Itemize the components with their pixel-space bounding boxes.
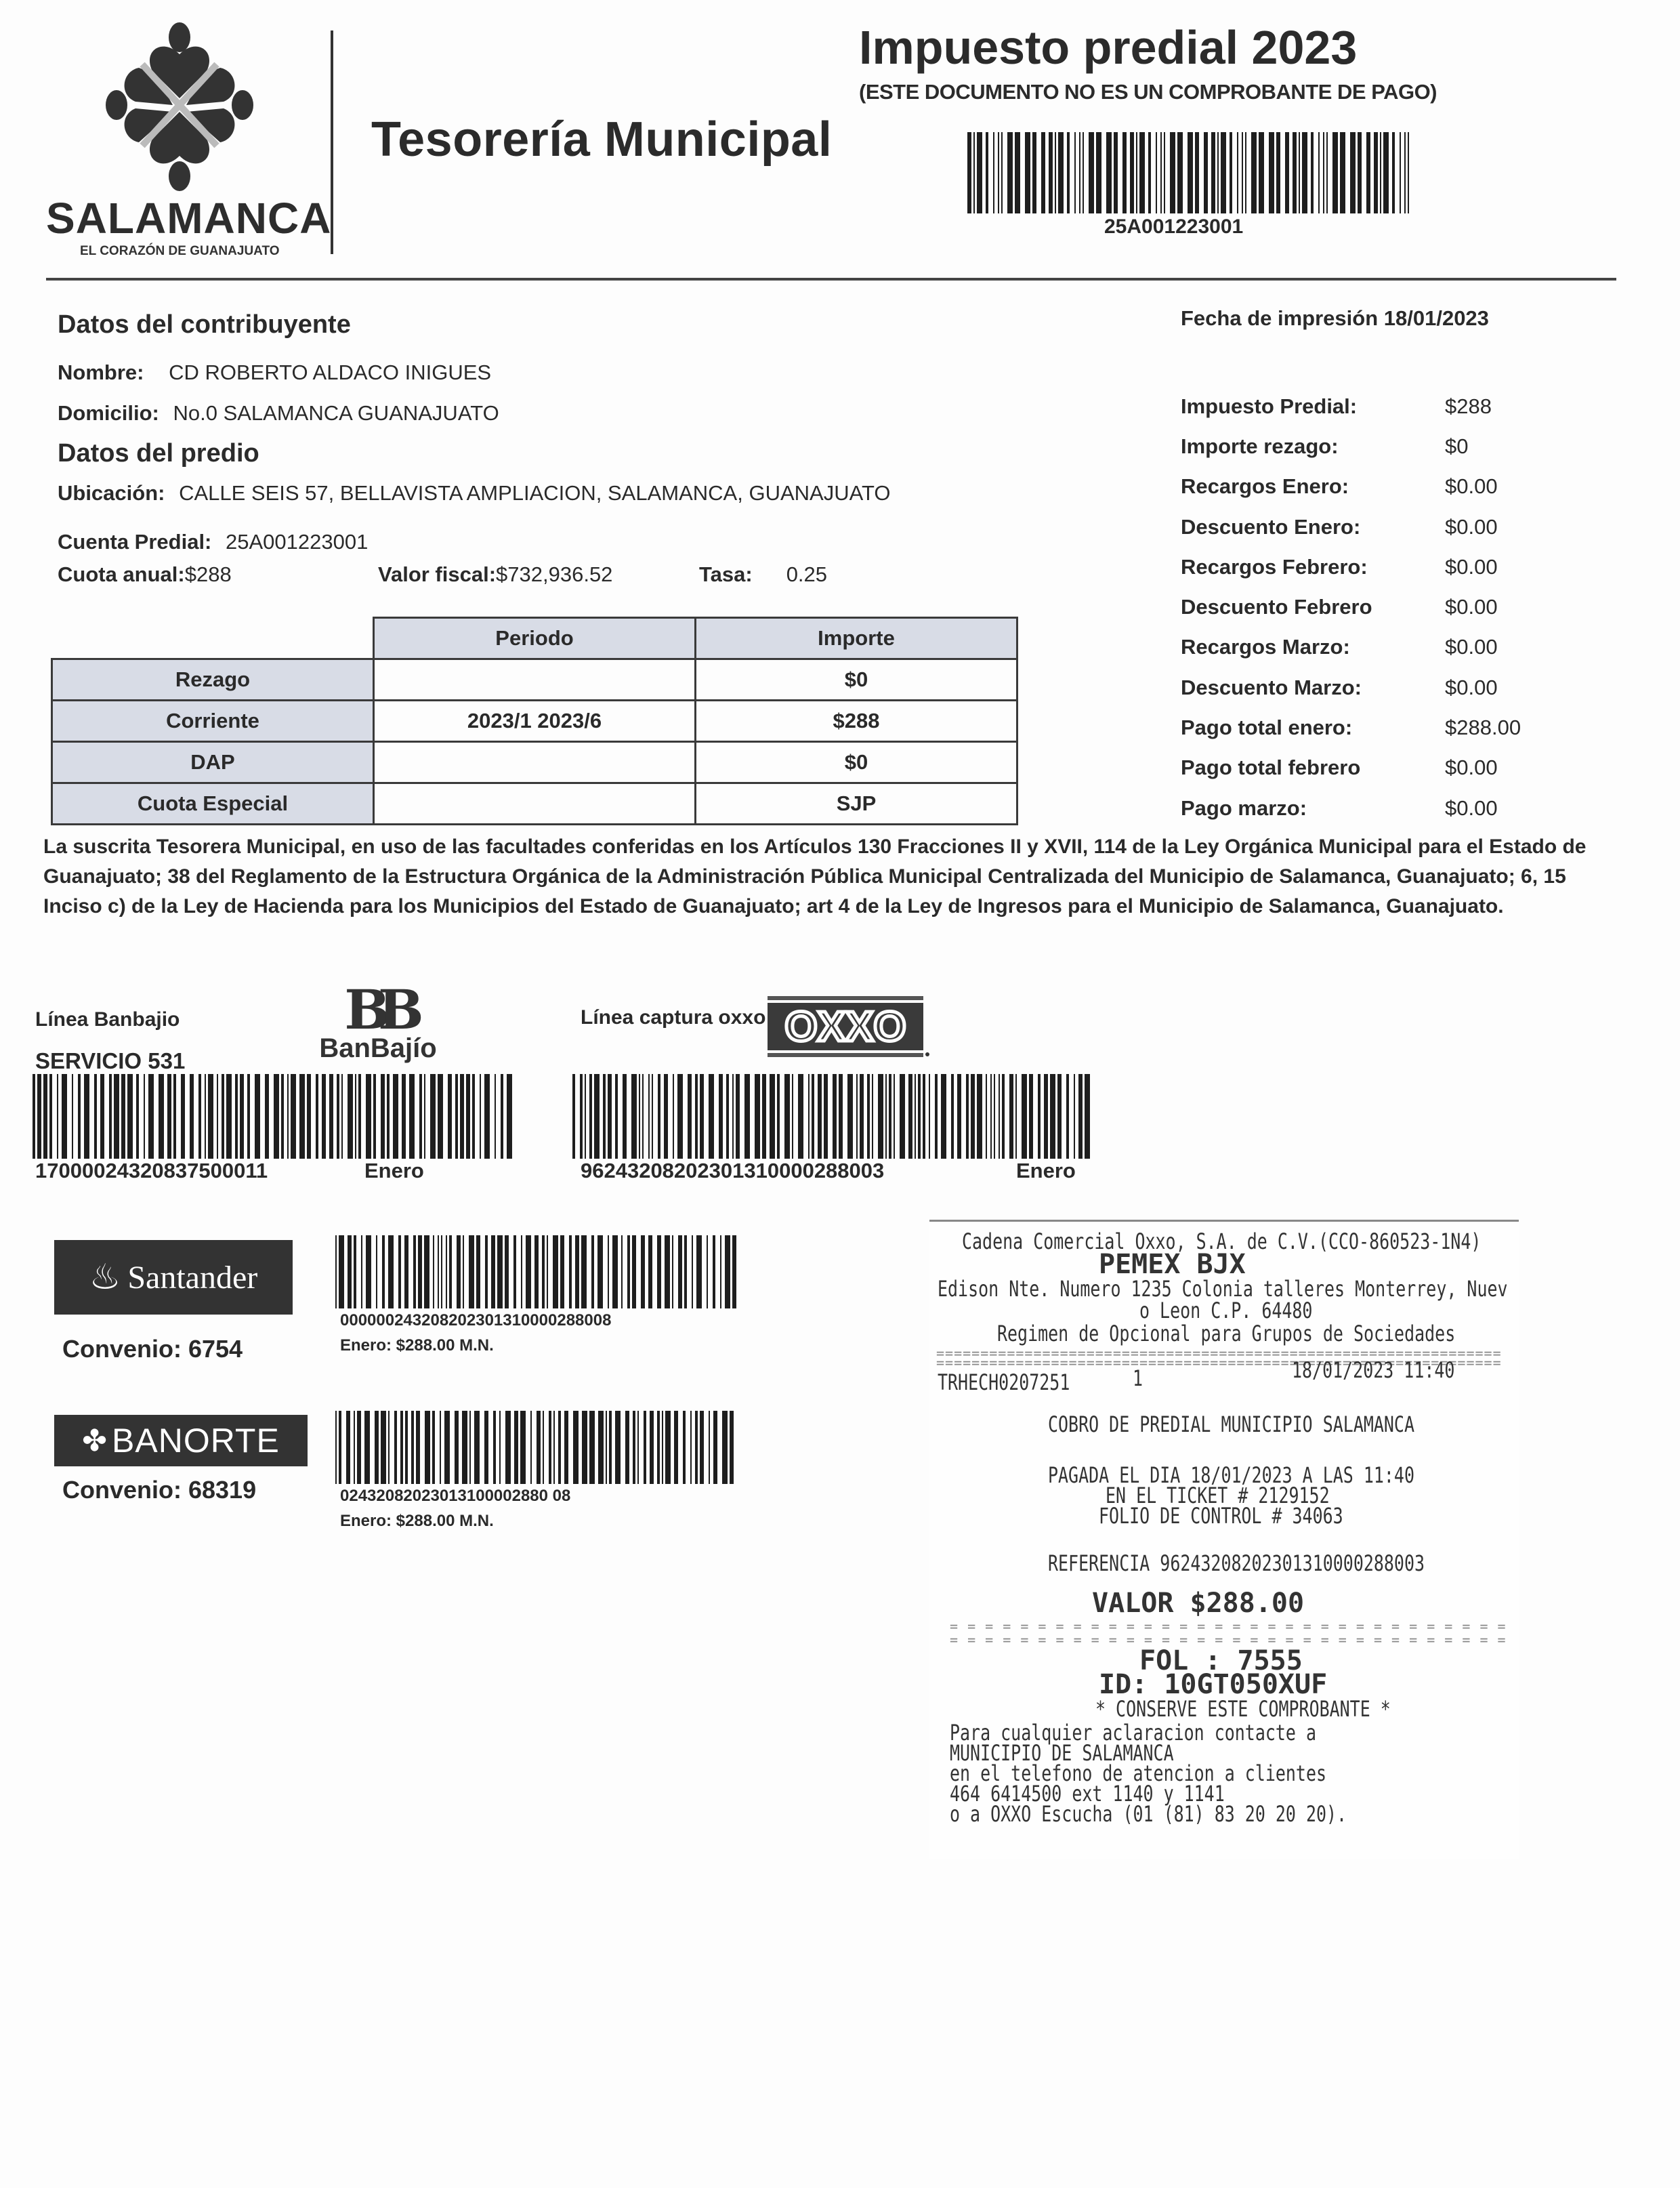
summary-value: $0.00: [1445, 595, 1498, 619]
summary-value: $0.00: [1445, 555, 1498, 579]
banorte-mark-icon: ✤: [82, 1424, 108, 1458]
summary-row: Pago total febrero$0.00: [1181, 748, 1587, 788]
domicilio-field: Domicilio: No.0 SALAMANCA GUANAJUATO: [58, 401, 499, 426]
summary-label: Descuento Enero:: [1181, 515, 1445, 539]
santander-barcode: [335, 1235, 738, 1308]
predio-section-title: Datos del predio: [58, 439, 259, 468]
summary-label: Pago total febrero: [1181, 756, 1445, 780]
summary-label: Pago total enero:: [1181, 716, 1445, 740]
santander-amount: Enero: $288.00 M.N.: [340, 1336, 494, 1355]
banbajio-reference: 17000024320837500011: [35, 1159, 268, 1183]
row-periodo: [374, 742, 696, 783]
receipt-contact-line: o a OXXO Escucha (01 (81) 83 20 20 20).: [950, 1801, 1347, 1827]
summary-row: Descuento Enero:$0.00: [1181, 507, 1587, 547]
summary-value: $0.00: [1445, 796, 1498, 821]
summary-row: Impuesto Predial:$288: [1181, 386, 1587, 426]
ubicacion-field: Ubicación: CALLE SEIS 57, BELLAVISTA AMP…: [58, 481, 890, 505]
banbajio-barcode: [33, 1074, 515, 1159]
oxxo-label: Línea captura oxxo: [581, 1006, 765, 1029]
periods-table: Periodo Importe Rezago $0 Corriente 2023…: [51, 617, 1018, 825]
document-subtitle: (ESTE DOCUMENTO NO ES UN COMPROBANTE DE …: [859, 80, 1437, 104]
valor-fiscal-field: Valor fiscal:$732,936.52: [378, 562, 612, 587]
row-periodo: [374, 659, 696, 701]
ubicacion-value: CALLE SEIS 57, BELLAVISTA AMPLIACION, SA…: [179, 481, 890, 505]
row-importe: $0: [696, 742, 1017, 783]
oxxo-barcode: [572, 1074, 1626, 1159]
legal-text: La suscrita Tesorera Municipal, en uso d…: [43, 832, 1622, 922]
department-title: Tesorería Municipal: [371, 112, 832, 167]
banbajio-month: Enero: [364, 1159, 424, 1183]
nombre-label: Nombre:: [58, 360, 144, 384]
banorte-convenio: Convenio: 68319: [62, 1476, 256, 1504]
account-barcode-number: 25A001223001: [1104, 215, 1243, 239]
banorte-logo: ✤ BANORTE: [54, 1415, 308, 1466]
summary-row: Pago marzo:$0.00: [1181, 788, 1587, 828]
banorte-reference: 02432082023013100002880 08: [340, 1487, 570, 1506]
row-periodo: [374, 783, 696, 825]
summary-label: Recargos Febrero:: [1181, 555, 1445, 579]
cuota-value: $288: [185, 562, 232, 586]
header-divider: [331, 30, 333, 254]
table-corner: [52, 618, 374, 659]
row-concept: Cuota Especial: [52, 783, 374, 825]
summary-row: Descuento Marzo:$0.00: [1181, 667, 1587, 707]
ubicacion-label: Ubicación:: [58, 481, 165, 505]
summary-label: Impuesto Predial:: [1181, 394, 1445, 419]
tasa-field: Tasa:0.25: [699, 562, 827, 587]
summary-value: $0: [1445, 434, 1468, 459]
summary-row: Recargos Febrero:$0.00: [1181, 547, 1587, 587]
row-concept: Rezago: [52, 659, 374, 701]
banbajio-logo-name: BanBajío: [303, 1033, 453, 1064]
header-rule: [46, 278, 1616, 281]
row-importe: $0: [696, 659, 1017, 701]
municipality-tagline: EL CORAZÓN DE GUANAJUATO: [80, 244, 280, 259]
santander-flame-icon: ♨: [89, 1257, 121, 1298]
column-header-periodo: Periodo: [374, 618, 696, 659]
santander-reference: 000000243208202301310000288008: [340, 1311, 611, 1330]
salamanca-logo-icon: [102, 17, 257, 193]
summary-value: $0.00: [1445, 676, 1498, 700]
receipt-concept: COBRO DE PREDIAL MUNICIPIO SALAMANCA: [1048, 1411, 1414, 1437]
table-row: Corriente 2023/1 2023/6 $288: [52, 701, 1017, 742]
santander-convenio: Convenio: 6754: [62, 1335, 243, 1363]
oxxo-payment-receipt: Cadena Comercial Oxxo, S.A. de C.V.(CCO-…: [929, 1220, 1519, 1859]
table-row: Rezago $0: [52, 659, 1017, 701]
summary-label: Descuento Marzo:: [1181, 676, 1445, 700]
banorte-barcode: [335, 1411, 738, 1484]
summary-label: Pago marzo:: [1181, 796, 1445, 821]
payment-summary: Impuesto Predial:$288Importe rezago:$0Re…: [1181, 386, 1587, 828]
valor-fiscal-label: Valor fiscal:: [378, 562, 496, 586]
summary-row: Importe rezago:$0: [1181, 426, 1587, 466]
valor-fiscal-value: $732,936.52: [496, 562, 612, 586]
summary-label: Importe rezago:: [1181, 434, 1445, 459]
receipt-terminal: TRHECH0207251: [938, 1369, 1070, 1395]
table-row: Cuota Especial SJP: [52, 783, 1017, 825]
oxxo-month: Enero: [1016, 1159, 1076, 1183]
summary-label: Recargos Enero:: [1181, 474, 1445, 499]
banbajio-mark-icon: BB: [303, 986, 453, 1033]
summary-value: $288: [1445, 394, 1492, 419]
row-concept: DAP: [52, 742, 374, 783]
row-periodo: 2023/1 2023/6: [374, 701, 696, 742]
oxxo-reference: 96243208202301310000288003: [581, 1159, 884, 1183]
summary-label: Recargos Marzo:: [1181, 635, 1445, 659]
print-date-label: Fecha de impresión: [1181, 306, 1378, 330]
santander-logo: ♨ Santander: [54, 1240, 293, 1315]
table-header-row: Periodo Importe: [52, 618, 1017, 659]
receipt-reference-line: REFERENCIA 96243208202301310000288003: [1048, 1550, 1425, 1576]
banbajio-service: SERVICIO 531: [35, 1048, 185, 1074]
print-date-value: 18/01/2023: [1384, 306, 1489, 330]
summary-value: $288.00: [1445, 716, 1521, 740]
receipt-count: 1: [1133, 1365, 1143, 1391]
receipt-address-2: o Leon C.P. 64480: [1139, 1298, 1312, 1323]
summary-row: Recargos Enero:$0.00: [1181, 467, 1587, 507]
summary-row: Descuento Febrero$0.00: [1181, 587, 1587, 627]
contribuyente-section-title: Datos del contribuyente: [58, 310, 351, 339]
nombre-value: CD ROBERTO ALDACO INIGUES: [169, 360, 491, 384]
receipt-datetime: 18/01/2023 11:40: [1292, 1357, 1454, 1383]
cuenta-label: Cuenta Predial:: [58, 530, 211, 554]
tasa-value: 0.25: [786, 562, 827, 586]
cuota-field: Cuota anual:$288: [58, 562, 232, 587]
summary-label: Descuento Febrero: [1181, 595, 1445, 619]
document-title: Impuesto predial 2023: [859, 20, 1357, 75]
municipality-name: SALAMANCA: [46, 193, 331, 243]
domicilio-label: Domicilio:: [58, 401, 159, 425]
account-barcode: [967, 132, 1414, 213]
oxxo-logo-icon: OXXO: [768, 996, 930, 1058]
santander-logo-text: Santander: [127, 1259, 257, 1296]
summary-value: $0.00: [1445, 474, 1498, 499]
tasa-label: Tasa:: [699, 562, 753, 586]
receipt-keep-line: * CONSERVE ESTE COMPROBANTE *: [1095, 1696, 1391, 1722]
nombre-field: Nombre: CD ROBERTO ALDACO INIGUES: [58, 360, 491, 385]
svg-text:OXXO: OXXO: [784, 1004, 906, 1050]
summary-row: Pago total enero:$288.00: [1181, 707, 1587, 747]
receipt-folio-line: FOLIO DE CONTROL # 34063: [1099, 1503, 1343, 1529]
row-importe: $288: [696, 701, 1017, 742]
table-row: DAP $0: [52, 742, 1017, 783]
receipt-regime: Regimen de Opcional para Grupos de Socie…: [997, 1321, 1455, 1346]
cuenta-field: Cuenta Predial: 25A001223001: [58, 530, 368, 554]
summary-value: $0.00: [1445, 515, 1498, 539]
row-concept: Corriente: [52, 701, 374, 742]
cuenta-value: 25A001223001: [226, 530, 368, 554]
summary-value: $0.00: [1445, 635, 1498, 659]
banbajio-logo: BB BanBajío: [303, 986, 453, 1064]
summary-value: $0.00: [1445, 756, 1498, 780]
receipt-value-line: VALOR $288.00: [1092, 1588, 1304, 1619]
domicilio-value: No.0 SALAMANCA GUANAJUATO: [173, 401, 499, 425]
summary-row: Recargos Marzo:$0.00: [1181, 627, 1587, 667]
print-date: Fecha de impresión 18/01/2023: [1181, 306, 1489, 331]
banorte-amount: Enero: $288.00 M.N.: [340, 1512, 494, 1531]
banorte-logo-text: BANORTE: [112, 1421, 280, 1460]
row-importe: SJP: [696, 783, 1017, 825]
banbajio-label: Línea Banbajio: [35, 1008, 180, 1031]
column-header-importe: Importe: [696, 618, 1017, 659]
cuota-label: Cuota anual:: [58, 562, 185, 586]
